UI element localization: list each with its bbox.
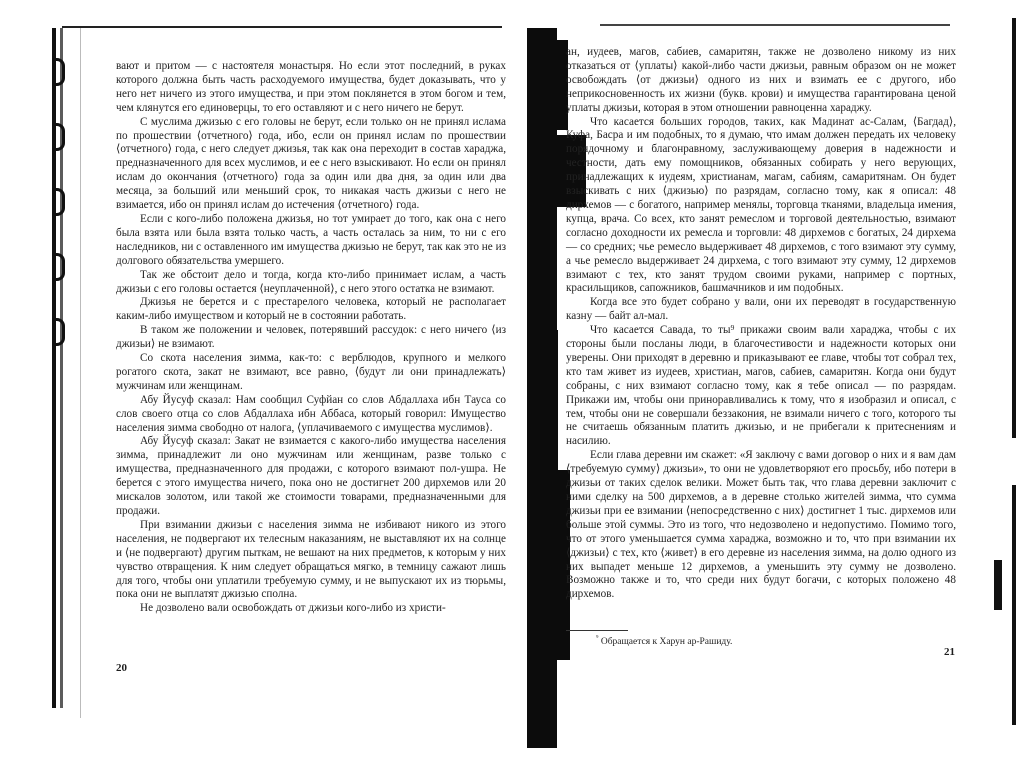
paragraph: вают и притом — с настоятеля монастыря. … [116, 60, 506, 116]
left-binding-edge [52, 28, 64, 708]
right-page-edge [1012, 485, 1016, 725]
right-edge-mark [994, 560, 1002, 610]
paragraph: Если глава деревни им скажет: «Я заключу… [566, 449, 956, 602]
paragraph: ан, иудеев, магов, сабиев, самаритян, та… [566, 46, 956, 116]
paragraph: Джизья не берется и с престарелого челов… [116, 296, 506, 324]
paragraph: Со скота населения зимма, как-то: с верб… [116, 352, 506, 394]
paragraph: Так же обстоит дело и тогда, когда кто-л… [116, 269, 506, 297]
page-top-edge [62, 26, 502, 28]
footnote-marker: ⁹ [596, 634, 598, 642]
paragraph: Что касается Савада, то ты⁹ прикажи свои… [566, 324, 956, 449]
paragraph: С муслима джизью с его головы не берут, … [116, 116, 506, 213]
left-page-text: вают и притом — с настоятеля монастыря. … [116, 60, 506, 616]
paragraph: Что касается больших городов, таких, как… [566, 116, 956, 297]
right-page-edge [1012, 18, 1016, 438]
gutter-shadow-segment [540, 330, 558, 470]
page-top-edge-right [600, 24, 950, 26]
right-page-text: ан, иудеев, магов, сабиев, самаритян, та… [566, 46, 956, 602]
footnote: ⁹ Обращается к Харун ар-Рашиду. [596, 634, 732, 647]
gutter-shadow-segment [540, 40, 568, 130]
paragraph: Абу Йусуф сказал: Закат не взимается с к… [116, 435, 506, 518]
paragraph: При взимании джизьи с населения зимма не… [116, 519, 506, 602]
paragraph: В таком же положении и человек, потерявш… [116, 324, 506, 352]
paragraph: Не дозволено вали освобождать от джизьи … [116, 602, 506, 616]
paragraph: Если с кого-либо положена джизья, но тот… [116, 213, 506, 269]
paragraph: Абу Йусуф сказал: Нам сообщил Суфйан со … [116, 394, 506, 436]
footnote-text: Обращается к Харун ар-Рашиду. [601, 637, 733, 647]
left-page-edge-line [80, 28, 81, 718]
paragraph: Когда все это будет собрано у вали, они … [566, 296, 956, 324]
book-spread: вают и притом — с настоятеля монастыря. … [0, 0, 1024, 767]
page-number-right: 21 [944, 646, 955, 658]
footnote-rule [566, 630, 628, 631]
page-number-left: 20 [116, 662, 127, 674]
